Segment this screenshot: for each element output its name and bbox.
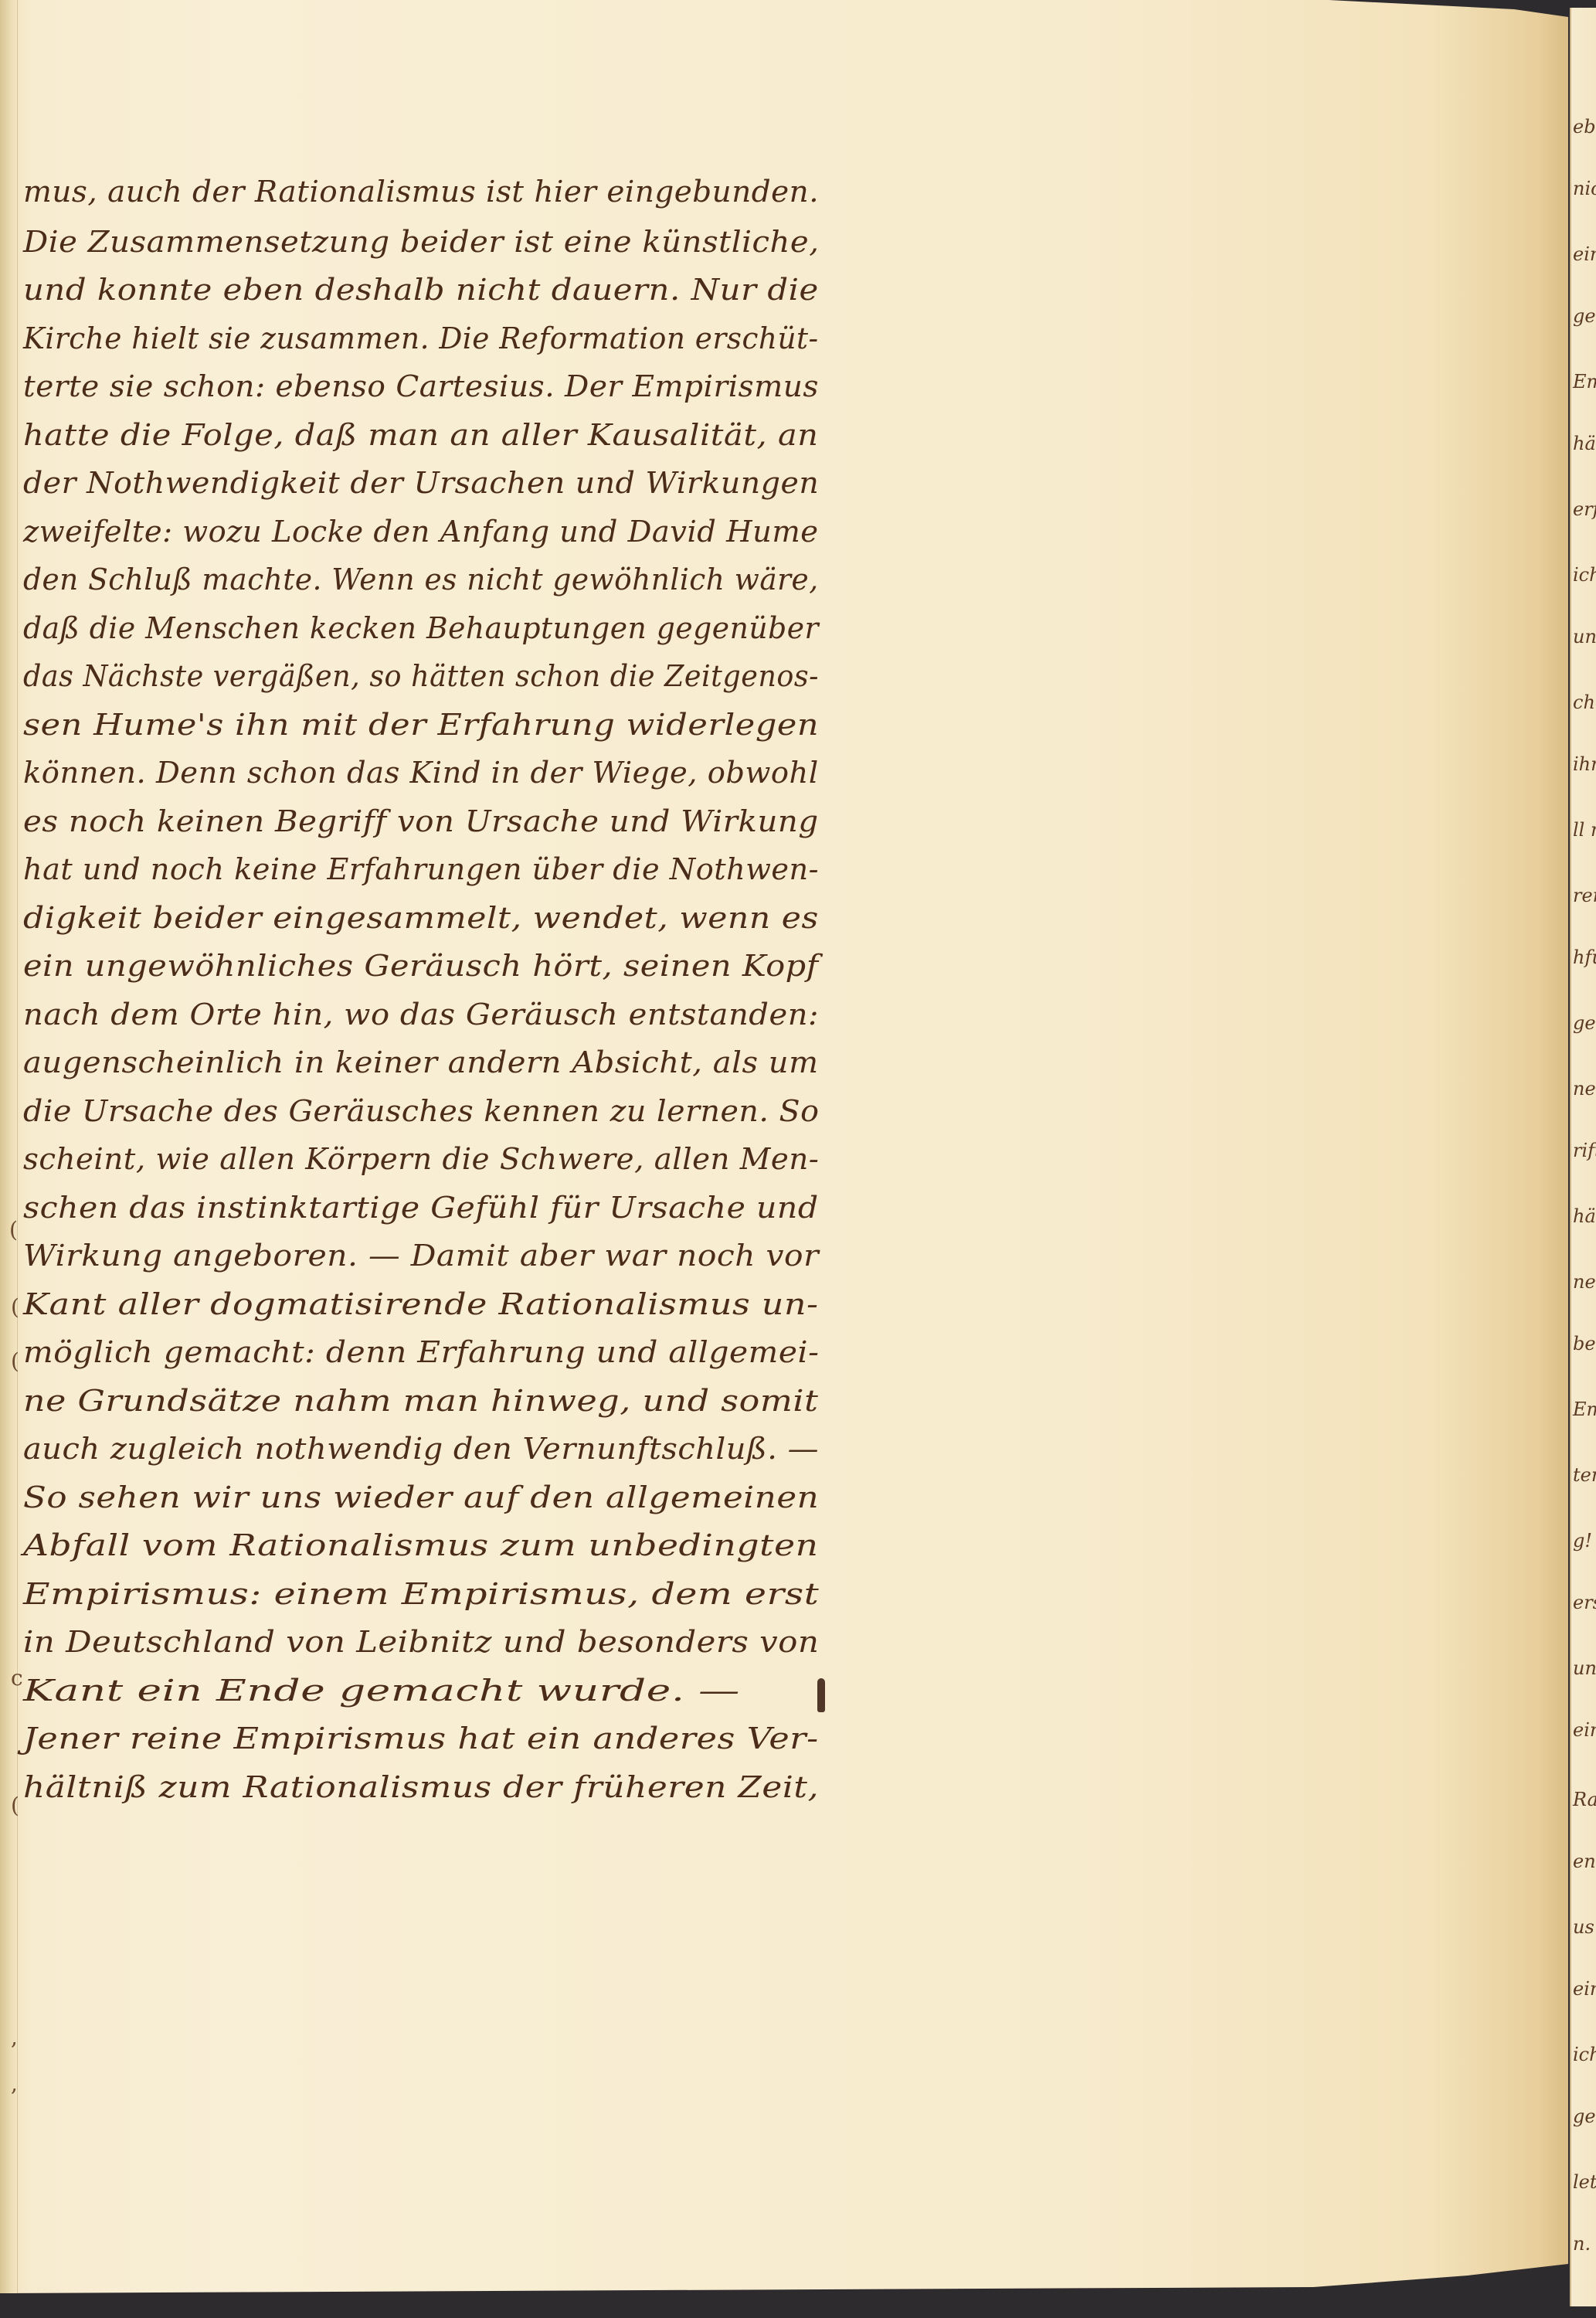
manuscript-line: augenscheinlich in keiner andern Absicht… — [23, 1045, 819, 1079]
adjacent-page-fragment: g! — [1573, 1530, 1592, 1552]
adjacent-page-fragment: Em — [1573, 1399, 1596, 1420]
margin-mark: ( — [11, 1294, 19, 1320]
manuscript-line: scheint, wie allen Körpern die Schwere, … — [23, 1142, 819, 1176]
manuscript-line: die Ursache des Geräusches kennen zu ler… — [23, 1094, 819, 1128]
adjacent-page-fragment: einand — [1573, 1978, 1596, 2000]
adjacent-page-fragment: ten — [1573, 1464, 1596, 1486]
margin-mark: c — [11, 1665, 23, 1691]
manuscript-line: in Deutschland von Leibnitz und besonder… — [23, 1625, 819, 1659]
margin-mark: ( — [11, 1793, 19, 1818]
manuscript-line: möglich gemacht: denn Erfahrung und allg… — [23, 1335, 819, 1369]
adjacent-page-fragment: erste — [1573, 1592, 1596, 1613]
adjacent-page-fragment: ebrol Z — [1573, 116, 1596, 138]
adjacent-page-fragment: Ra — [1573, 1789, 1596, 1810]
adjacent-page-fragment: genzes — [1573, 2106, 1596, 2127]
adjacent-page-fragment: hält die — [1573, 433, 1596, 454]
manuscript-line: der Nothwendigkeit der Ursachen und Wirk… — [23, 466, 819, 500]
manuscript-line: hältniß zum Rationalismus der früheren Z… — [23, 1770, 819, 1804]
manuscript-line: So sehen wir uns wieder auf den allgemei… — [23, 1480, 819, 1514]
adjacent-page-fragment: hält — [1573, 1205, 1596, 1227]
manuscript-line: Kirche hielt sie zusammen. Die Reformati… — [23, 321, 819, 355]
manuscript-line: digkeit beider eingesammelt, wendet, wen… — [23, 901, 819, 935]
manuscript-line: Die Zusammensetzung beider ist eine küns… — [23, 225, 819, 259]
adjacent-page-fragment: rift — [1573, 1140, 1596, 1161]
manuscript-line: mus, auch der Rationalismus ist hier ein… — [23, 175, 819, 209]
margin-mark: , — [11, 2024, 18, 2050]
adjacent-page-fragment: ichtum — [1573, 2044, 1596, 2065]
adjacent-page-fragment: erfolgt — [1573, 498, 1596, 520]
manuscript-line: Kant ein Ende gemacht wurde. — — [23, 1674, 740, 1708]
manuscript-line: den Schluß machte. Wenn es nicht gewöhnl… — [23, 563, 819, 596]
manuscript-line: es noch keinen Begriff von Ursache und W… — [23, 804, 819, 838]
manuscript-page: (((c(,, mus, auch der Rationalismus ist … — [0, 0, 1568, 2303]
adjacent-page-fragment: ren, so — [1573, 885, 1596, 906]
adjacent-page-fragment: letzt — [1573, 2171, 1596, 2193]
manuscript-line: ein ungewöhnliches Geräusch hört, seinen… — [23, 949, 819, 983]
adjacent-page-fragment: ll man — [1573, 819, 1596, 841]
manuscript-line: Kant aller dogmatisirende Rationalismus … — [23, 1287, 819, 1321]
manuscript-line: und konnte eben deshalb nicht dauern. Nu… — [23, 273, 819, 307]
adjacent-page-fragment: chen E — [1573, 692, 1596, 713]
adjacent-page-fragment: gen ä — [1573, 1012, 1596, 1034]
manuscript-line: ne Grundsätze nahm man hinweg, und somit — [23, 1384, 819, 1418]
manuscript-line: Wirkung angeboren. — Damit aber war noch… — [23, 1239, 819, 1273]
adjacent-page-fragment: ber s — [1573, 1333, 1596, 1354]
margin-mark: ( — [9, 1217, 18, 1242]
adjacent-page-fragment: nicht zu — [1573, 178, 1596, 199]
adjacent-page-fragment: ungen — [1573, 626, 1596, 647]
manuscript-line: sen Hume's ihn mit der Erfahrung widerle… — [23, 708, 819, 742]
manuscript-line: daß die Menschen kecken Behauptungen geg… — [23, 611, 819, 645]
adjacent-page-fragment: Empir — [1573, 371, 1596, 393]
manuscript-line: können. Denn schon das Kind in der Wiege… — [23, 756, 819, 790]
manuscript-line: Abfall vom Rationalismus zum unbedingten — [23, 1528, 819, 1562]
adjacent-page-fragment: hfung — [1573, 947, 1596, 968]
adjacent-page-fragment: nen — [1573, 1078, 1596, 1100]
manuscript-line: zweifelte: wozu Locke den Anfang und Dav… — [23, 515, 819, 549]
manuscript-line: Empirismus: einem Empirismus, dem erst — [23, 1577, 819, 1611]
manuscript-line: hatte die Folge, daß man an aller Kausal… — [23, 418, 819, 452]
manuscript-line: das Nächste vergäßen, so hätten schon di… — [23, 659, 819, 693]
margin-mark: , — [11, 2071, 18, 2096]
margin-mark: ( — [11, 1348, 19, 1374]
manuscript-line: Jener reine Empirismus hat ein anderes V… — [23, 1722, 819, 1755]
adjacent-page-fragment: ung — [1573, 1657, 1596, 1679]
manuscript-line: hat und noch keine Erfahrungen über die … — [23, 852, 819, 886]
adjacent-page-fragment: nen — [1573, 1271, 1596, 1293]
page-gutter — [0, 0, 18, 2303]
manuscript-line: auch zugleich nothwendig den Vernunftsch… — [23, 1432, 819, 1466]
adjacent-page-fragment: gemüt — [1573, 305, 1596, 327]
adjacent-page-fragment: eine Ka — [1573, 243, 1596, 265]
adjacent-page-fragment: ein — [1573, 1719, 1596, 1741]
manuscript-line: nach dem Orte hin, wo das Geräusch entst… — [23, 998, 819, 1032]
adjacent-page-fragment: en E — [1573, 1851, 1596, 1872]
adjacent-page-fragment: ihr den — [1573, 753, 1596, 775]
adjacent-page-fragment: ich hier — [1573, 564, 1596, 586]
manuscript-line: terte sie schon: ebenso Cartesius. Der E… — [23, 369, 819, 403]
ink-blot — [817, 1678, 825, 1712]
adjacent-page-fragment: us ge — [1573, 1916, 1596, 1938]
adjacent-page-fragment: n. Sr — [1573, 2233, 1596, 2255]
manuscript-line: schen das instinktartige Gefühl für Ursa… — [23, 1191, 819, 1225]
adjacent-page-edge: ebrol Znicht zueine KagemütEmpirhält die… — [1570, 8, 1596, 2306]
